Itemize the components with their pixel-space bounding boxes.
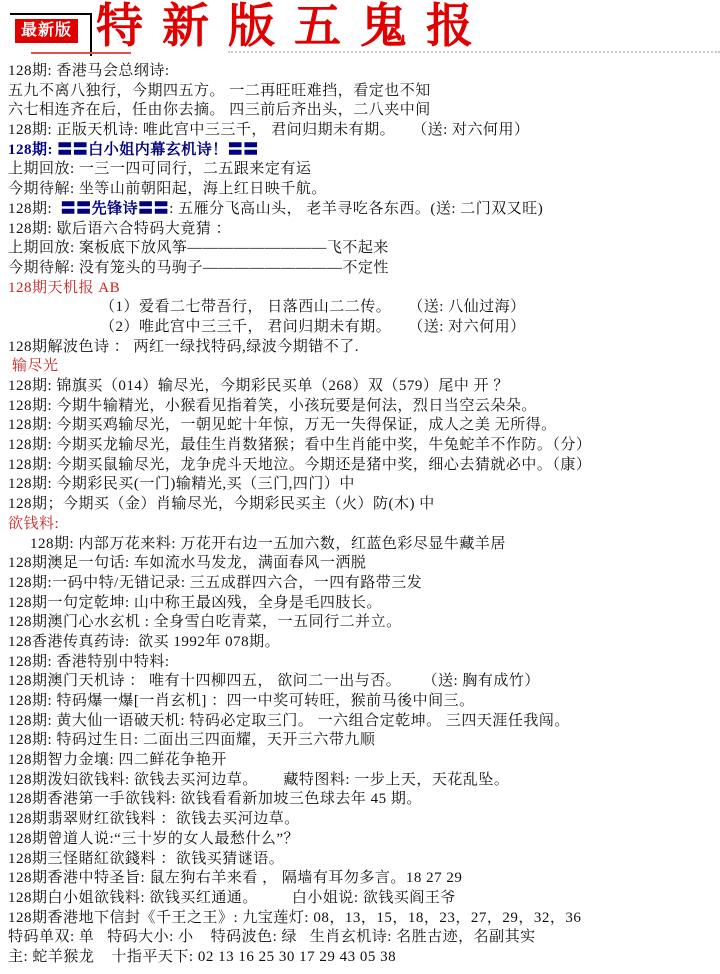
report-line: 128期智力金壤: 四二鲜花争艳开 <box>0 751 720 771</box>
report-line: 128期泼妇欲钱料: 欲钱去买河边草。 藏特图料: 一步上天，天花乱坠。 <box>0 771 720 791</box>
report-line: 欲钱料: <box>0 515 720 535</box>
report-body: 128期: 香港马会总纲诗:五九不离八独行，今期四五方。 一二再旺旺难挡，看定也… <box>0 60 720 968</box>
report-line-text: 输尽光 <box>12 358 59 374</box>
report-line: 128香港传真药诗: 欲买 1992年 078期。 <box>0 633 720 653</box>
report-line-text: 128期一句定乾坤: 山中称王最凶残，全身是毛四肢长。 <box>8 595 382 611</box>
report-line: 128期白小姐欲钱料: 欲钱买红通通。 白小姐说: 欲钱买阎王爷 <box>0 889 720 909</box>
report-line: 六七相连齐在后，任由你去摘。 四三前后齐出头，二八夹中间 <box>0 101 720 121</box>
report-line-text: 128期三怪賭紅欲錢料 ：欲钱买猜谜语。 <box>8 851 284 867</box>
report-line-text: 特码单双: 单 特码大小: 小 特码波色: 绿 生肖玄机诗: 名胜古迹，名副其实 <box>8 929 536 945</box>
report-line: 128期: 今期买鼠输尽光，龙争虎斗天地泣。今期还是猪中奖，细心去猜就必中。（康… <box>0 456 720 476</box>
report-line-text: 128期: 今期彩民买(一门)输精光,买（三门,四门）中 <box>8 476 355 492</box>
report-line: 上期回放: 案板底下放风筝—————————飞不起来 <box>0 239 720 259</box>
report-line-text: 128期: 黄大仙一语破天机: 特码必定取三门。 一六组合定乾坤。 三四天涯任我… <box>8 713 570 729</box>
page-title: 特新版五鬼报 <box>96 0 492 56</box>
report-line-text: 128期天机报 AB <box>8 280 120 296</box>
report-line: 今期待解: 没有笼头的马驹子—————————不定性 <box>0 259 720 279</box>
report-line-text: 128期: 今期买鸡输尽光，一朝见蛇十年惊，万无一失得保证，成人之美 无所得。 <box>8 417 557 433</box>
report-line: （2）唯此宫中三三千， 君问归期未有期。 （送: 对六何用） <box>0 318 720 338</box>
report-line: （1）爱看二七带吾行， 日落西山二二传。 （送: 八仙过海） <box>0 298 720 318</box>
masthead: 最新版 特新版五鬼报 <box>0 0 720 60</box>
report-line-text: 128期: 香港特别中特料: <box>8 654 170 670</box>
report-line-text: 今期待解: 没有笼头的马驹子—————————不定性 <box>8 260 389 276</box>
report-line-text: 128期: 〓〓白小姐内幕玄机诗！〓〓 <box>8 142 259 158</box>
report-line-text: 128期: 内部万花来料: 万花开右边一五加六数，红蓝色彩尽显牛藏羊居 <box>30 536 506 552</box>
report-line: 上期回放: 一三一四可同行，二五跟来定有运 <box>0 160 720 180</box>
report-line-text: 128期:一码中特/无错记录: 三五成群四六合，一四有路带三发 <box>8 575 422 591</box>
report-line-text: 欲钱料: <box>8 516 59 532</box>
report-line-text: : 五雁分飞高山头， 老羊寻吃各东西。(送: 二门双又旺) <box>169 201 543 217</box>
report-line-text: 128期: 特码过生日: 二面出三四面耀，天开三六带九顺 <box>8 732 375 748</box>
report-line-text: 上期回放: 案板底下放风筝—————————飞不起来 <box>8 240 389 256</box>
report-line: 128期: 香港特别中特料: <box>0 653 720 673</box>
report-line: 128期香港第一手欲钱料: 欲钱看看新加坡三色球去年 45 期。 <box>0 790 720 810</box>
edition-badge: 最新版 <box>15 19 78 43</box>
report-line: 128期一句定乾坤: 山中称王最凶残，全身是毛四肢长。 <box>0 594 720 614</box>
report-line-text: 上期回放: 一三一四可同行，二五跟来定有运 <box>8 161 311 177</box>
report-line-text: 128期泼妇欲钱料: 欲钱去买河边草。 藏特图料: 一步上天，天花乱坠。 <box>8 772 509 788</box>
report-line-text: 128期香港地下信封《千王之王》: 九宝莲灯: 08，13，15，18，23，2… <box>8 910 581 926</box>
report-line-text: 128期澳门天机诗 ： 唯有十四柳四五， 欲问二一出与否。 （送: 胸有成竹） <box>8 673 540 689</box>
report-line: 输尽光 <box>0 357 720 377</box>
report-line: 128期: 锦旗买（014）输尽光，今期彩民买单（268）双（579）尾中 开 … <box>0 377 720 397</box>
report-line-text: 128期: 今期买龙输尽光，最佳生肖数猪猴；看中生肖能中奖，牛兔蛇羊不作防。（分… <box>8 437 591 453</box>
report-line-text: 128期；今期买（金）肖输尽光，今期彩民买主（火）防(木) 中 <box>8 496 435 512</box>
report-line-text: 128期智力金壤: 四二鲜花争艳开 <box>8 752 227 768</box>
report-line-text: 128期: 锦旗买（014）输尽光，今期彩民买单（268）双（579）尾中 开 … <box>8 378 509 394</box>
report-line: 128期: 今期彩民买(一门)输精光,买（三门,四门）中 <box>0 475 720 495</box>
report-line-text: 128期翡翠财红欲钱料 ：欲钱去买河边草。 <box>8 811 300 827</box>
report-line: 128期: 正版天机诗: 唯此宫中三三千， 君问归期未有期。 （送: 对六何用） <box>0 121 720 141</box>
report-line-text: 128期: 今期牛输精光，小猴看见指着笑，小孩玩要是何法，烈日当空云朵朵。 <box>8 398 537 414</box>
report-line: 五九不离八独行，今期四五方。 一二再旺旺难挡，看定也不知 <box>0 82 720 102</box>
report-line: 128期澳门天机诗 ： 唯有十四柳四五， 欲问二一出与否。 （送: 胸有成竹） <box>0 672 720 692</box>
report-line-text: 128期: <box>8 201 61 217</box>
report-line-text: 128期: 特码爆一爆[一肖玄机] ：四一中奖可转旺，猴前马後中间三。 <box>8 693 475 709</box>
report-line: 128期: 特码过生日: 二面出三四面耀，天开三六带九顺 <box>0 731 720 751</box>
report-line-text: 128期澳门心水玄机 : 全身雪白吃青菜，一五同行二并立。 <box>8 614 402 630</box>
report-line: 128期；今期买（金）肖输尽光，今期彩民买主（火）防(木) 中 <box>0 495 720 515</box>
report-line-text: （1）爱看二七带吾行， 日落西山二二传。 （送: 八仙过海） <box>100 299 526 315</box>
report-line: 128期解波色诗 ： 两红一绿找特码,绿波今期错不了. <box>0 338 720 358</box>
report-line-text: 128期澳足一句话: 车如流水马发龙，满面春风一洒脱 <box>8 555 366 571</box>
report-line: 128期: 歇后语六合特码大竟猜 ： <box>0 220 720 240</box>
report-line: 128期: 今期买龙输尽光，最佳生肖数猪猴；看中生肖能中奖，牛兔蛇羊不作防。（分… <box>0 436 720 456</box>
report-line: 今期待解: 坐等山前朝阳起，海上红日映千航。 <box>0 180 720 200</box>
report-line: 主: 蛇羊猴龙 十指平天下: 02 13 16 25 30 17 29 43 0… <box>0 948 720 968</box>
report-line-text: （2）唯此宫中三三千， 君问归期未有期。 （送: 对六何用） <box>100 319 526 335</box>
report-line: 128期曾道人说:“三十岁的女人最愁什么”？ <box>0 830 720 850</box>
report-line: 128期: 黄大仙一语破天机: 特码必定取三门。 一六组合定乾坤。 三四天涯任我… <box>0 712 720 732</box>
report-line-text: 128期: 歇后语六合特码大竟猜 ： <box>8 221 231 237</box>
report-line: 128期:一码中特/无错记录: 三五成群四六合，一四有路带三发 <box>0 574 720 594</box>
report-line-text: 128期: 香港马会总纲诗: <box>8 63 170 79</box>
report-line: 128期: 〓〓先锋诗〓〓: 五雁分飞高山头， 老羊寻吃各东西。(送: 二门双又… <box>0 200 720 220</box>
report-line-text: 128期白小姐欲钱料: 欲钱买红通通。 白小姐说: 欲钱买阎王爷 <box>8 890 456 906</box>
report-line: 128期天机报 AB <box>0 279 720 299</box>
report-line: 128期香港地下信封《千王之王》: 九宝莲灯: 08，13，15，18，23，2… <box>0 909 720 929</box>
report-line-text: 五九不离八独行，今期四五方。 一二再旺旺难挡，看定也不知 <box>8 83 431 99</box>
report-line: 128期澳足一句话: 车如流水马发龙，满面春风一洒脱 <box>0 554 720 574</box>
report-line-text: 128期: 正版天机诗: 唯此宫中三三千， 君问归期未有期。 （送: 对六何用） <box>8 122 530 138</box>
report-line-text: 128期: 今期买鼠输尽光，龙争虎斗天地泣。今期还是猪中奖，细心去猜就必中。（康… <box>8 457 591 473</box>
report-line: 特码单双: 单 特码大小: 小 特码波色: 绿 生肖玄机诗: 名胜古迹，名副其实 <box>0 928 720 948</box>
report-line-text: 128期曾道人说:“三十岁的女人最愁什么”？ <box>8 831 299 847</box>
report-line-text: 今期待解: 坐等山前朝阳起，海上红日映千航。 <box>8 181 327 197</box>
report-line: 128期澳门心水玄机 : 全身雪白吃青菜，一五同行二并立。 <box>0 613 720 633</box>
report-line-text: 主: 蛇羊猴龙 十指平天下: 02 13 16 25 30 17 29 43 0… <box>8 949 396 965</box>
report-line: 128期翡翠财红欲钱料 ：欲钱去买河边草。 <box>0 810 720 830</box>
report-line: 128期: 内部万花来料: 万花开右边一五加六数，红蓝色彩尽显牛藏羊居 <box>0 535 720 555</box>
report-line: 128期香港中特圣旨: 鼠左狗右羊来看 ， 隔墙有耳勿多言。18 27 29 <box>0 869 720 889</box>
report-line: 128期: 今期牛输精光，小猴看见指着笑，小孩玩要是何法，烈日当空云朵朵。 <box>0 397 720 417</box>
header-dotted-rule <box>228 51 720 53</box>
report-line: 128期: 〓〓白小姐内幕玄机诗！〓〓 <box>0 141 720 161</box>
report-line-text: 128期香港第一手欲钱料: 欲钱看看新加坡三色球去年 45 期。 <box>8 791 422 807</box>
report-line-text: 六七相连齐在后，任由你去摘。 四三前后齐出头，二八夹中间 <box>8 102 431 118</box>
report-line: 128期: 特码爆一爆[一肖玄机] ：四一中奖可转旺，猴前马後中间三。 <box>0 692 720 712</box>
report-line: 128期三怪賭紅欲錢料 ：欲钱买猜谜语。 <box>0 850 720 870</box>
report-line-text: 128期香港中特圣旨: 鼠左狗右羊来看 ， 隔墙有耳勿多言。18 27 29 <box>8 870 462 886</box>
report-line-text: 〓〓先锋诗〓〓 <box>61 201 170 217</box>
badge-underline-rule <box>31 52 131 54</box>
report-line-text: 128期解波色诗 ： 两红一绿找特码,绿波今期错不了. <box>8 339 359 355</box>
report-line: 128期: 香港马会总纲诗: <box>0 62 720 82</box>
report-line-text: 128香港传真药诗: 欲买 1992年 078期。 <box>8 634 280 650</box>
report-line: 128期: 今期买鸡输尽光，一朝见蛇十年惊，万无一失得保证，成人之美 无所得。 <box>0 416 720 436</box>
edition-badge-frame: 最新版 <box>10 13 92 56</box>
